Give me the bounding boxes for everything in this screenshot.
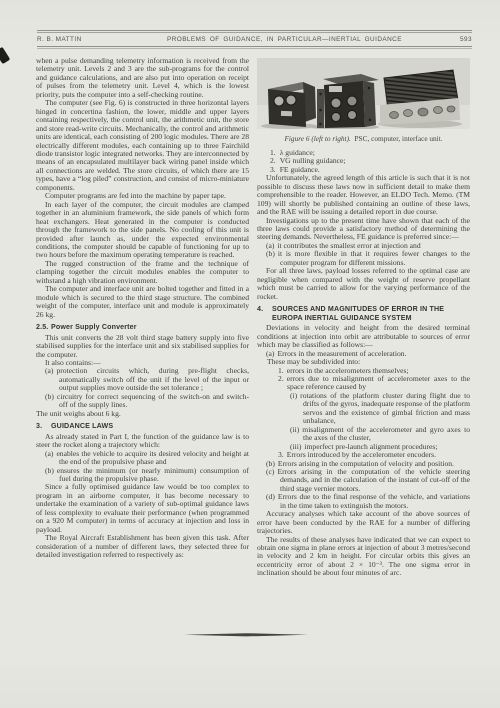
error-item-2: 2.errors due to misalignment of accelero… [257, 375, 470, 392]
list-text: enables the vehicle to acquire its desir… [56, 449, 249, 466]
figure6-caption-label: Figure 6 (left to right). [284, 134, 350, 143]
figure6-caption-text: PSC, computer, interface unit. [355, 134, 443, 143]
list-label: (d) [266, 492, 275, 501]
list-text: ensures the minimum (or nearly minimum) … [57, 466, 249, 483]
list-item-law-b: (b)ensures the minimum (or nearly minimu… [36, 467, 249, 484]
header-rule-top [37, 30, 472, 31]
running-header: R. B. MATTIN PROBLEMS OF GUIDANCE, IN PA… [37, 34, 472, 45]
paragraph-psc-supplies: This unit converts the 28 volt third sta… [36, 334, 249, 359]
right-column: Figure 6 (left to right). PSC, computer,… [257, 57, 470, 578]
end-of-article-rule [184, 633, 308, 637]
section-title: GUIDANCE LAWS [51, 422, 249, 431]
section-title: SOURCES AND MAGNITUDES OF ERROR IN THE E… [272, 305, 470, 322]
section-number: 3. [36, 422, 51, 431]
list-item-psu-b: (b)circuitry for correct sequencing of t… [36, 393, 249, 410]
paragraph-accuracy-analyses: Accuracy analyses which take account of … [257, 510, 470, 535]
list-item-law-a: (a)enables the vehicle to acquire its de… [36, 450, 249, 467]
paragraph-article-length: Unfortunately, the agreed length of this… [257, 174, 470, 216]
paragraph-computer-construction: The computer (see Fig. 6) is constructed… [36, 99, 249, 192]
list-text: Errors due to the final response of the … [278, 492, 470, 509]
header-rule-bottom-2 [37, 48, 472, 49]
header-rule-bottom [37, 46, 472, 47]
list-number: 2. [278, 374, 284, 383]
journal-page: R. B. MATTIN PROBLEMS OF GUIDANCE, IN PA… [0, 0, 500, 708]
list-text: errors due to misalignment of accelerome… [287, 374, 470, 391]
figure6 [257, 58, 470, 131]
list-label: (b) [266, 249, 275, 258]
paragraph-unit-weight: The unit weighs about 6 kg. [36, 410, 249, 418]
list-label: (a) [45, 449, 53, 458]
paragraph-payload-losses: For all three laws, payload losses refer… [257, 267, 470, 301]
list-label: (c) [266, 467, 274, 476]
paragraph-deviations: Deviations in velocity and height from t… [257, 324, 470, 349]
section-heading-guidance-laws: 3. GUIDANCE LAWS [36, 422, 249, 431]
list-text: protection circuits which, during pre-fl… [56, 366, 249, 392]
error-item-ii: (ii)misalignment of the accelerometer an… [257, 426, 470, 443]
paragraph-guidance-law-function: As already stated in Part I, the functio… [36, 433, 249, 450]
running-header-author: R. B. MATTIN [37, 36, 157, 43]
section-title: Power Supply Converter [51, 323, 249, 332]
left-column: when a pulse demanding telemetry informa… [36, 57, 249, 560]
paragraph-investigations: Investigations up to the present time ha… [257, 217, 470, 242]
paragraph-heat-exchangers: In each layer of the computer, the circu… [36, 201, 249, 260]
error-item-i: (i)rotations of the platform cluster dur… [257, 392, 470, 426]
paragraph-suboptimal-laws: Since a fully optimised guidance law wou… [36, 483, 249, 534]
paragraph-combined-weight: The computer and interface unit are bolt… [36, 285, 249, 319]
list-text: it is more flexible in that it requires … [278, 249, 470, 266]
list-item-pref-b: (b)it is more flexible in that it requir… [257, 250, 470, 267]
header-rule-top-2 [37, 32, 472, 33]
list-text: circuitry for correct sequencing of the … [57, 392, 249, 409]
paragraph-results: The results of these analyses have indic… [257, 536, 470, 578]
list-label: (b) [45, 392, 54, 401]
list-label: (a) [45, 366, 53, 375]
list-label: (i) [290, 391, 297, 400]
section-number: 4. [257, 305, 272, 322]
section-number: 2.5. [36, 323, 51, 332]
error-item-d: (d)Errors due to the final response of t… [257, 493, 470, 510]
list-number: 2. [270, 156, 276, 165]
psc-unit [268, 82, 316, 127]
section-heading-sources-of-error: 4. SOURCES AND MAGNITUDES OF ERROR IN TH… [257, 305, 470, 322]
list-label: (b) [45, 466, 54, 475]
paragraph-rae-task: The Royal Aircraft Establishment has bee… [36, 534, 249, 559]
list-text: rotations of the platform cluster during… [300, 391, 470, 425]
scan-artifact-mark [0, 47, 10, 64]
list-item-psu-a: (a)protection circuits which, during pre… [36, 367, 249, 392]
interface-unit [380, 70, 460, 125]
section-heading-power-supply-converter: 2.5. Power Supply Converter [36, 323, 249, 332]
paragraph-rugged-frame: The rugged construction of the frame and… [36, 260, 249, 285]
figure6-photo [257, 58, 470, 129]
paragraph-telemetry: when a pulse demanding telemetry informa… [36, 57, 249, 99]
list-text: misalignment of the accelerometer and gy… [302, 425, 470, 442]
page-number: 593 [412, 36, 472, 43]
list-label: (ii) [290, 425, 299, 434]
running-header-title: PROBLEMS OF GUIDANCE, IN PARTICULAR—INER… [157, 36, 412, 43]
list-text: Errors arising in the computation of the… [277, 467, 470, 493]
figure6-caption: Figure 6 (left to right). PSC, computer,… [257, 135, 470, 143]
error-item-c: (c)Errors arising in the computation of … [257, 468, 470, 493]
